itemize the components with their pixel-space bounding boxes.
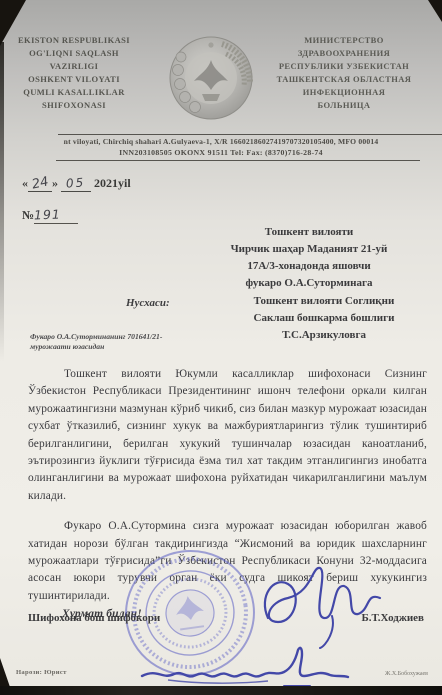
org-name-russian: МИНИСТЕРСТВО ЗДРАВООХРАНЕНИЯ РЕСПУБЛИКИ …	[252, 34, 436, 112]
recipient-line: Тошкент вилояти	[188, 224, 430, 241]
signature-title: Шифохона бош шифокори	[28, 612, 160, 624]
scan-edge-shadow	[0, 42, 4, 362]
org-ru-line: РЕСПУБЛИКИ УЗБЕКИСТАН	[252, 60, 436, 73]
recipient-block: Тошкент вилояти Чирчик шаҳар Маданият 21…	[188, 224, 430, 292]
scanned-letter: EKISTON RESPUBLIKASI OG'LIQNI SAQLASH VA…	[0, 0, 442, 695]
org-uz-line: EKISTON RESPUBLIKASI	[0, 34, 156, 47]
doc-number-label: №	[22, 208, 34, 222]
paper-sheet: EKISTON RESPUBLIKASI OG'LIQNI SAQLASH VA…	[0, 0, 442, 695]
org-uz-line: OG'LIQNI SAQLASH	[0, 47, 156, 60]
doc-number-line: №191	[22, 207, 78, 224]
chief-doctor-signature-icon	[252, 556, 386, 654]
copy-line: Т.С.Арзикуловга	[218, 327, 430, 344]
subject-line: Фукаро О.А.Суторминанинг 701641/21-	[30, 332, 162, 342]
copy-line: Тошкент вилояти Соглиқни	[218, 293, 430, 310]
doc-number-field: 191	[34, 207, 78, 224]
org-ru-line: ТАШКЕНТСКАЯ ОБЛАСТНАЯ	[252, 73, 436, 86]
footer-right-name: Ж.Х.Бобохужаев	[385, 671, 428, 677]
subject-note: Фукаро О.А.Суторминанинг 701641/21- муро…	[30, 332, 162, 352]
org-ru-line: БОЛЬНИЦА	[252, 99, 436, 112]
signature-name: Б.Т.Ходжиев	[362, 612, 425, 624]
state-emblem-icon	[166, 32, 256, 124]
org-uz-line: VAZIRLIGI	[0, 60, 156, 73]
recipient-line: фукаро О.А.Суторминага	[188, 275, 430, 292]
requisites-line-2: INN203108505 OKONX 91511 Tel: Fax: (8370…	[0, 148, 442, 157]
divider	[58, 134, 442, 135]
org-uz-line: SHIFOXONASI	[0, 99, 156, 112]
quote-close: »	[52, 176, 58, 190]
handwritten-doc-number: 191	[34, 207, 61, 223]
copy-recipient-block: Тошкент вилояти Соглиқни Саклаш бошкарма…	[218, 293, 430, 344]
scan-bottom-edge	[0, 686, 442, 695]
recipient-line: Чирчик шаҳар Маданият 21-уй	[188, 241, 430, 258]
org-ru-line: ЗДРАВООХРАНЕНИЯ	[252, 47, 436, 60]
subject-line: мурожаати юзасидан	[30, 342, 162, 352]
handwritten-month: 05	[66, 175, 86, 190]
recipient-line: 17А/3-хонадонда яшовчи	[188, 258, 430, 275]
org-uz-line: OSHKENT VILOYATI	[0, 73, 156, 86]
org-uz-line: QUMLI KASALLIKLAR	[0, 86, 156, 99]
date-day-field: 24	[28, 176, 52, 192]
divider	[56, 160, 420, 161]
org-ru-line: ИНФЕКЦИОННАЯ	[252, 86, 436, 99]
copy-line: Саклаш бошкарма бошлиги	[218, 310, 430, 327]
org-name-uzbek: EKISTON RESPUBLIKASI OG'LIQNI SAQLASH VA…	[0, 34, 156, 112]
date-line: «24» 05 2021yil	[22, 176, 131, 192]
requisites-line-1: nt viloyati, Chirchiq shahari A.Gulyaeva…	[0, 137, 442, 146]
lawyer-signature-icon	[138, 644, 352, 690]
copy-label: Нусхаси:	[126, 297, 170, 309]
body-paragraph-1: Тошкент вилояти Юкумли касалликлар шифох…	[28, 366, 427, 505]
org-ru-line: МИНИСТЕРСТВО	[252, 34, 436, 47]
year-label: 2021yil	[94, 176, 131, 190]
footer-left-note: Нарози: Юрист	[16, 669, 67, 676]
date-month-field: 05	[61, 176, 91, 192]
handwritten-day: 24	[30, 174, 49, 192]
